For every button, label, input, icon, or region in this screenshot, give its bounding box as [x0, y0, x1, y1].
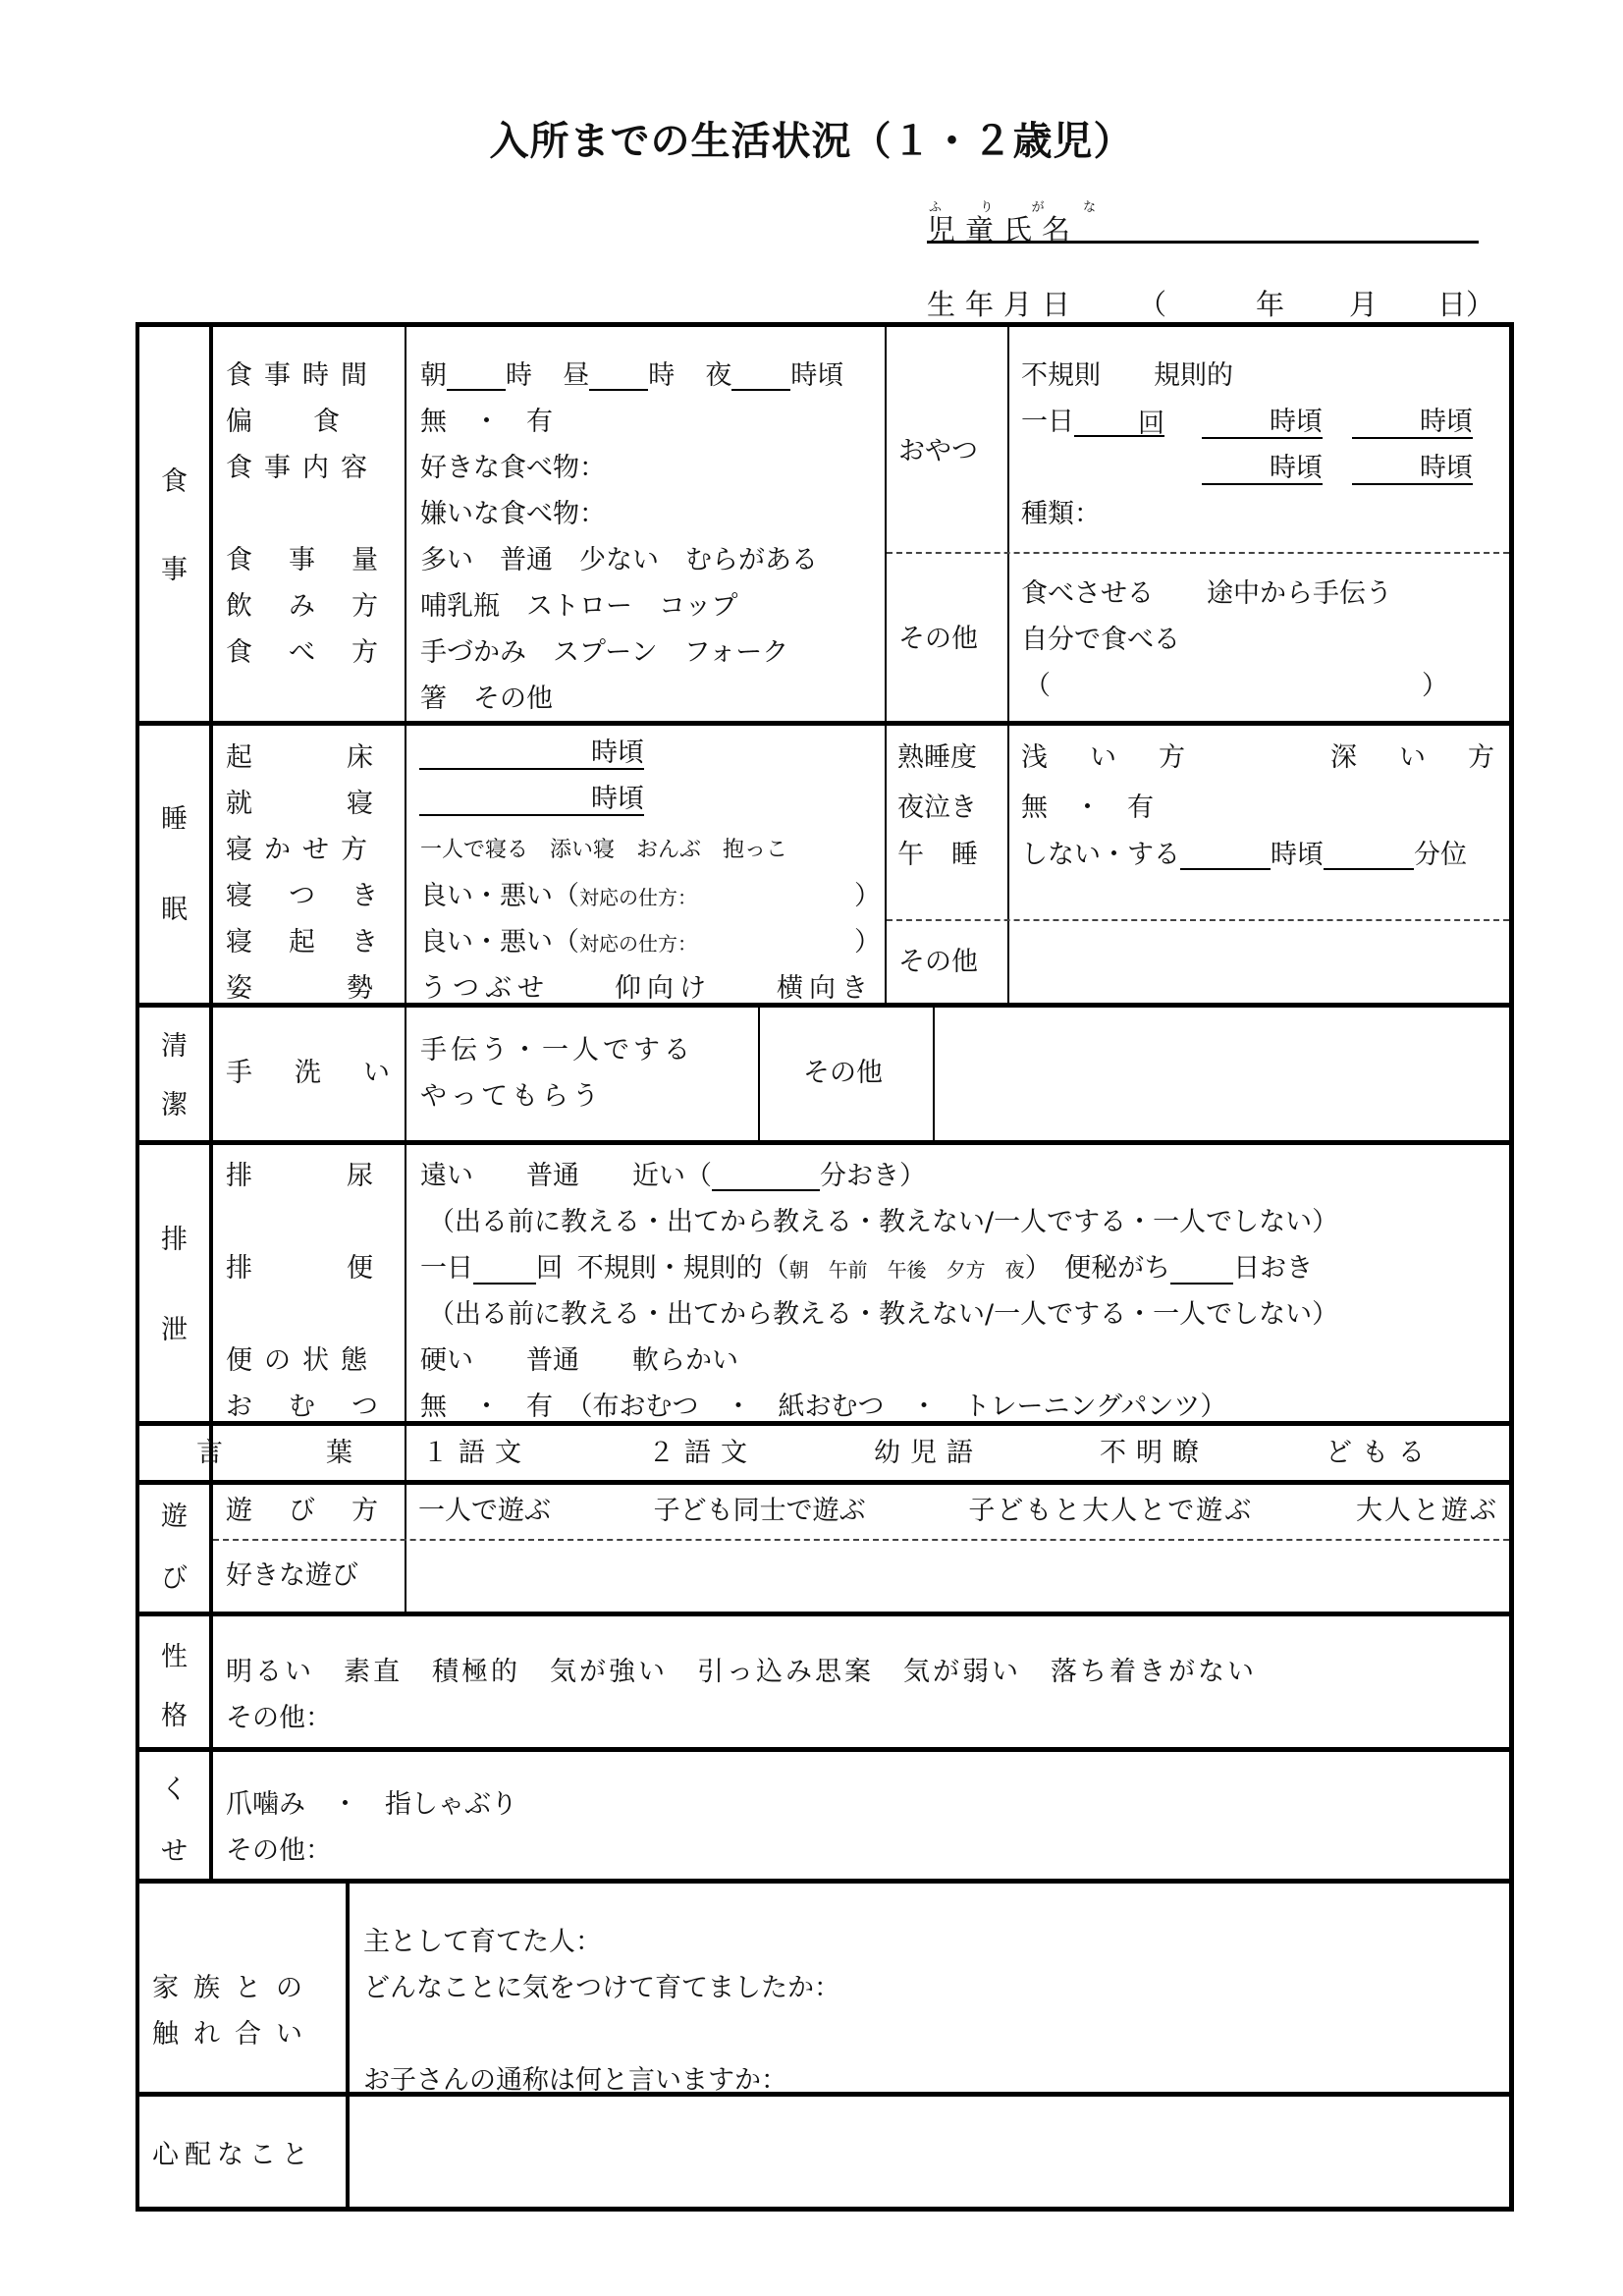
snack-regularity[interactable]: 不規則 規則的	[1021, 361, 1233, 391]
main-caregiver-field[interactable]: 主として育てた人：	[363, 1928, 602, 1957]
birth-day-label: 日）	[1437, 283, 1494, 323]
label-handwash: 手 洗 い	[226, 1059, 398, 1088]
paren-close: ）	[854, 882, 881, 911]
section-label: 清	[137, 1024, 211, 1063]
per-day-label: 一日	[1021, 407, 1074, 437]
dashed-divider	[887, 552, 1509, 554]
urination-options[interactable]: 遠い 普通 近い（	[420, 1161, 712, 1191]
divider	[1007, 324, 1009, 1005]
wake-time-field[interactable]: 時頃	[419, 738, 644, 770]
urination-tell-options[interactable]: （出る前に教える・出てから教える・教えない/一人でする・一人でしない）	[428, 1208, 1338, 1237]
label-wake-up: 寝起き	[226, 928, 414, 957]
hour-label: 時	[506, 360, 532, 391]
stool-condition-options[interactable]: 硬い 普通 軟らかい	[420, 1346, 738, 1376]
fall-asleep-row[interactable]: 良い・悪い（対応の仕方：	[420, 882, 697, 912]
divider	[135, 1140, 1514, 1145]
meal-other-paren-close: ）	[1422, 672, 1448, 701]
constipation-days-field[interactable]	[1170, 1257, 1233, 1285]
divider	[135, 721, 1514, 726]
paren-close: ）	[854, 928, 881, 957]
label-family-2: 触れ合い	[152, 2020, 317, 2050]
label-meal-content: 食事内容	[226, 454, 379, 483]
section-label: 潔	[137, 1083, 211, 1121]
bowel-count-field[interactable]	[473, 1257, 536, 1285]
language-option[interactable]: どもる	[1325, 1439, 1492, 1468]
favorite-play-field[interactable]	[406, 1542, 1509, 1612]
sleep-other-field[interactable]	[1009, 921, 1509, 1003]
section-label: 遊	[137, 1495, 211, 1533]
play-option[interactable]: 大人と遊ぶ	[1356, 1497, 1498, 1526]
play-option[interactable]: 一人で遊ぶ	[418, 1497, 551, 1526]
bowel-row: 一日回 不規則・規則的（朝 午前 午後 夕方 夜） 便秘がち日おき	[420, 1254, 1313, 1285]
night-cry-options[interactable]: 無 ・ 有	[1021, 793, 1154, 823]
snack-time-field-1[interactable]: 時頃	[1202, 408, 1323, 439]
approx-label: 時頃	[591, 784, 644, 814]
section-label: 性	[137, 1635, 211, 1673]
noon-label: 昼	[563, 360, 589, 391]
table-border-top	[135, 322, 1514, 327]
per-day-label: 一日	[420, 1253, 473, 1284]
section-label: 排	[137, 1218, 211, 1256]
night-hour-field[interactable]	[731, 363, 790, 391]
play-options: 一人で遊ぶ 子ども同士で遊ぶ 子どもと大人とで遊ぶ 大人と遊ぶ	[418, 1497, 1498, 1526]
language-option[interactable]: １語文	[422, 1439, 648, 1468]
label-picky: 偏食	[226, 408, 401, 437]
wake-up-row[interactable]: 良い・悪い（対応の仕方：	[420, 928, 697, 958]
sleep-other-label: その他	[898, 948, 978, 977]
section-label: 事	[137, 548, 211, 586]
hygiene-other-field[interactable]	[935, 1008, 1509, 1140]
play-option[interactable]: 子どもと大人とで遊ぶ	[968, 1497, 1253, 1526]
section-label: び	[137, 1557, 211, 1595]
good-bad-options: 良い・悪い（	[420, 881, 579, 911]
birth-year-field[interactable]	[1172, 283, 1231, 316]
label-favorite-play: 好きな遊び	[226, 1561, 358, 1591]
nap-hour-label: 時頃	[1271, 840, 1324, 870]
snack-label: おやつ	[898, 437, 978, 466]
table-border-right	[1509, 322, 1514, 2212]
approx-label: 時頃	[790, 360, 843, 391]
nap-minute-label: 分位	[1414, 840, 1467, 870]
label-eating: 食べ方	[226, 638, 414, 668]
label-text: 食事時間	[226, 361, 379, 391]
good-bad-options: 良い・悪い（	[420, 927, 579, 957]
child-name-field[interactable]: ふ り が な 児童氏名	[927, 196, 1479, 244]
section-label: 睡	[137, 797, 211, 836]
bedtime-field[interactable]: 時頃	[419, 785, 644, 816]
section-label: く	[137, 1768, 211, 1806]
language-option[interactable]: 不明瞭	[1100, 1439, 1325, 1468]
snack-kind-field[interactable]: 種類：	[1021, 500, 1101, 529]
section-label: 格	[137, 1694, 211, 1732]
play-option[interactable]: 子ども同士で遊ぶ	[654, 1497, 866, 1526]
noon-hour-field[interactable]	[589, 363, 648, 391]
care-notes-field[interactable]: どんなことに気をつけて育てましたか：	[363, 1974, 840, 2003]
page-title: 入所までの生活状況（１・２歳児）	[0, 110, 1623, 166]
label-concerns: 心配なこと	[152, 2141, 314, 2170]
section-label: 眠	[137, 888, 211, 926]
nap-minute-field[interactable]	[1324, 843, 1414, 870]
drinking-options[interactable]: 哺乳瓶 ストロー コップ	[420, 592, 737, 622]
divider	[885, 324, 887, 1005]
divider	[135, 1747, 1514, 1752]
constipation-label[interactable]: ） 便秘がち	[1025, 1253, 1171, 1284]
label-meal-amount: 食事量	[226, 546, 414, 575]
meal-other-line1[interactable]: 食べさせる 途中から手伝う	[1021, 579, 1392, 609]
approx-label: 時頃	[1270, 407, 1323, 437]
times-label: 回	[1138, 409, 1164, 439]
divider	[135, 1612, 1514, 1616]
divider	[209, 1482, 213, 1881]
language-option[interactable]: ２語文	[648, 1439, 874, 1468]
regularity-options[interactable]: 不規則・規則的（	[577, 1253, 789, 1284]
section-label: 泄	[137, 1308, 211, 1346]
snack-count-field[interactable]: 回	[1074, 410, 1164, 437]
personality-options[interactable]: 明るい 素直 積極的 気が強い 引っ込み思案 気が弱い 落ち着きがない	[226, 1658, 1257, 1687]
depth-shallow[interactable]: 浅 い 方	[1021, 743, 1193, 773]
section-label: せ	[137, 1830, 211, 1868]
night-label: 夜	[705, 360, 731, 391]
language-options: １語文 ２語文 幼児語 不明瞭 どもる	[422, 1439, 1492, 1468]
urination-row: 遠い 普通 近い（分おき）	[420, 1162, 926, 1191]
table-border-bottom	[135, 2207, 1514, 2212]
label-language: 言 葉	[196, 1439, 358, 1468]
meal-other-paren-open: （	[1024, 672, 1051, 701]
interval-label: 分おき）	[820, 1161, 926, 1191]
amount-options[interactable]: 多い 普通 少ない むらがある	[420, 546, 818, 575]
habits-options[interactable]: 爪噛み ・ 指しゃぶり	[226, 1790, 517, 1820]
picky-options[interactable]: 無 ・ 有	[420, 408, 553, 437]
approx-label: 時頃	[1420, 407, 1473, 437]
label-how-play: 遊び方	[226, 1497, 414, 1526]
nap-row: しない・する時頃分位	[1021, 841, 1467, 870]
morning-label: 朝	[420, 360, 447, 391]
birthdate-label: 生年月日	[927, 283, 1080, 323]
language-option[interactable]: 幼児語	[874, 1439, 1100, 1468]
dashed-divider	[213, 1539, 1509, 1541]
likes-field[interactable]: 好きな食べ物：	[420, 454, 606, 483]
meal-section: 食 事	[139, 327, 209, 721]
label-fall-asleep: 寝つき	[226, 882, 414, 911]
divider	[758, 1005, 760, 1142]
response-label: 対応の仕方：	[579, 886, 697, 909]
personality-other-field[interactable]: その他：	[226, 1704, 332, 1733]
snack-time-field-2[interactable]: 時頃	[1352, 408, 1473, 439]
birthdate-row: 生年月日 （ 年 月 日）	[927, 283, 1506, 316]
depth-deep[interactable]: 深 い 方	[1330, 743, 1502, 773]
section-label: 食	[137, 460, 211, 498]
snack-time-field-4[interactable]: 時頃	[1352, 454, 1473, 485]
morning-hour-field[interactable]	[447, 363, 506, 391]
approx-label: 時頃	[1270, 453, 1323, 483]
label-meal-time: 食事時間	[226, 361, 383, 391]
label-nap: 午睡	[897, 841, 1005, 870]
snack-per-day-row: 一日回	[1021, 408, 1164, 437]
times-label: 回	[536, 1253, 563, 1284]
eating-options-2[interactable]: 箸 その他	[420, 684, 553, 714]
meal-other-label: その他	[898, 625, 978, 654]
label-family-1: 家族との	[152, 1974, 317, 2003]
label-stool-condition: 便の状態	[226, 1346, 379, 1376]
handwash-options-1[interactable]: 手伝う・一人でする	[420, 1036, 694, 1066]
urination-interval-field[interactable]	[712, 1164, 820, 1191]
divider	[135, 1480, 1514, 1485]
bowel-tell-options[interactable]: （出る前に教える・出てから教える・教えない/一人でする・一人でしない）	[428, 1300, 1338, 1330]
habits-other-field[interactable]: その他：	[226, 1836, 332, 1866]
birthdate-open-paren: （	[1138, 283, 1166, 323]
concerns-field[interactable]	[350, 2097, 1509, 2207]
response-label: 対応の仕方：	[579, 932, 697, 956]
label-night-cry: 夜泣き	[897, 793, 977, 823]
snack-time-field-3[interactable]: 時頃	[1202, 454, 1323, 485]
days-label: 日おき	[1233, 1253, 1313, 1284]
nap-options[interactable]: しない・する	[1021, 840, 1180, 870]
timing-options[interactable]: 朝 午前 午後 夕方 夜	[789, 1258, 1025, 1282]
hour-label: 時	[648, 360, 675, 391]
handwash-options-2[interactable]: やってもらう	[420, 1082, 603, 1112]
label-drinking: 飲み方	[226, 592, 414, 622]
approx-label: 時頃	[1420, 453, 1473, 483]
sleep-method-options[interactable]: 一人で寝る 添い寝 おんぶ 抱っこ	[420, 836, 787, 865]
diaper-options[interactable]: 無 ・ 有 （布おむつ ・ 紙おむつ ・ トレーニングパンツ）	[420, 1393, 1226, 1422]
meal-other-line2[interactable]: 自分で食べる	[1021, 626, 1180, 655]
posture-options[interactable]: うつぶせ 仰向け 横向き	[420, 974, 874, 1004]
hygiene-other-label: その他	[803, 1059, 883, 1088]
dislikes-field[interactable]: 嫌いな食べ物：	[420, 500, 606, 529]
divider	[135, 1879, 1514, 1884]
label-put-to-sleep: 寝かせ方	[226, 836, 379, 865]
approx-label: 時頃	[591, 738, 644, 768]
birth-month-label: 月	[1349, 283, 1378, 323]
eating-options[interactable]: 手づかみ スプーン フォーク	[420, 638, 788, 668]
label-sleep-depth: 熟睡度	[897, 743, 977, 773]
meal-time-row: 朝時 昼時 夜時頃	[420, 361, 843, 391]
ruby-char: な	[1083, 196, 1096, 215]
child-name-label: 児童氏名	[927, 208, 1080, 248]
nap-hour-field[interactable]	[1180, 843, 1271, 870]
nickname-field[interactable]: お子さんの通称は何と言いますか：	[363, 2066, 787, 2096]
label-diaper: おむつ	[226, 1393, 414, 1422]
birth-year-label: 年	[1256, 283, 1284, 323]
